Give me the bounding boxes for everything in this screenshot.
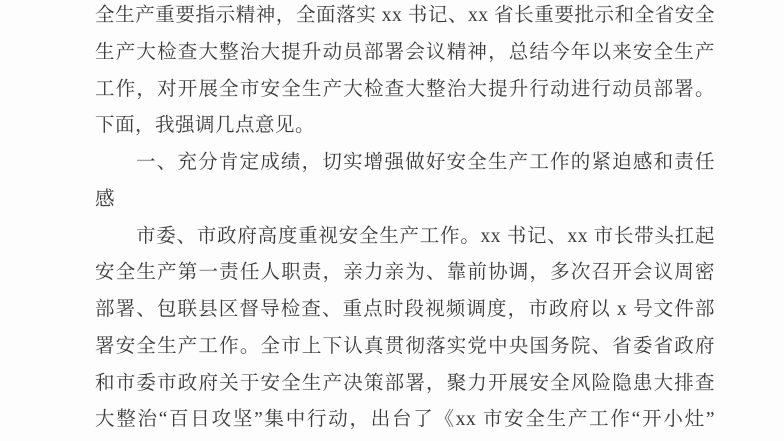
text-line-11: 和市委市政府关于安全生产决策部署，聚力开展安全风险隐患大排查: [95, 366, 715, 403]
document-page: 全生产重要指示精神，全面落实 xx 书记、xx 省长重要批示和全省安全 生产大检…: [0, 0, 784, 441]
text-line-4: 下面，我强调几点意见。: [95, 108, 715, 145]
text-line-3: 工作，对开展全市安全生产大检查大整治大提升行动进行动员部署。: [95, 72, 715, 109]
heading-line-2: 感: [95, 182, 715, 219]
heading-line-1: 一、充分肯定成绩，切实增强做好安全生产工作的紧迫感和责任: [95, 145, 715, 182]
text-line-7: 市委、市政府高度重视安全生产工作。xx 书记、xx 市长带头扛起: [95, 219, 715, 256]
text-line-9: 部署、包联县区督导检查、重点时段视频调度，市政府以 x 号文件部: [95, 292, 715, 329]
text-line-10: 署安全生产工作。全市上下认真贯彻落实党中央国务院、省委省政府: [95, 329, 715, 366]
text-line-8: 安全生产第一责任人职责，亲力亲为、靠前协调，多次召开会议周密: [95, 255, 715, 292]
text-line-1: 全生产重要指示精神，全面落实 xx 书记、xx 省长重要批示和全省安全: [95, 0, 715, 35]
text-line-12: 大整治“百日攻坚”集中行动，出台了《xx 市安全生产工作“开小灶”: [95, 402, 715, 439]
text-line-2: 生产大检查大整治大提升动员部署会议精神，总结今年以来安全生产: [95, 35, 715, 72]
document-body: 全生产重要指示精神，全面落实 xx 书记、xx 省长重要批示和全省安全 生产大检…: [95, 0, 715, 439]
